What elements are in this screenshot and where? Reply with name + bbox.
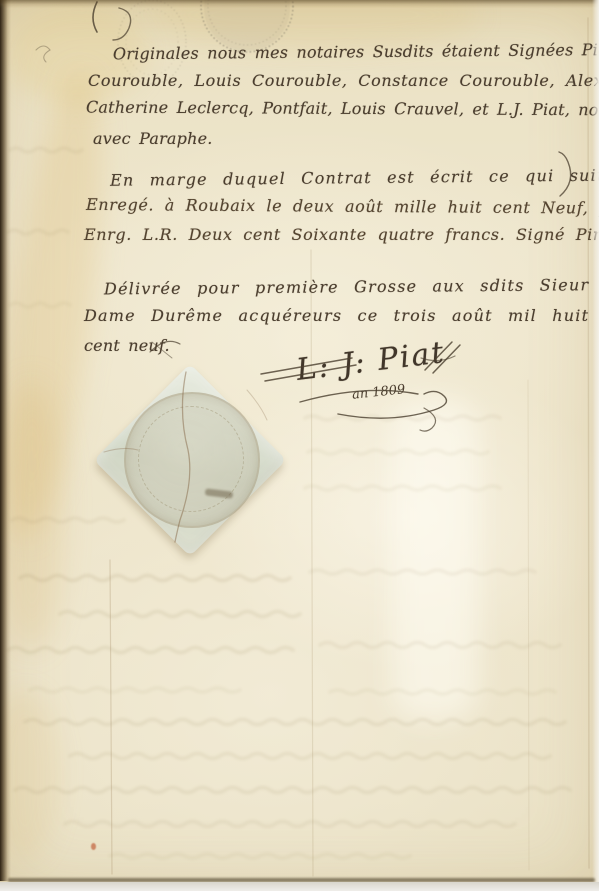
manuscript-line: avec Paraphe. <box>93 131 213 147</box>
document-scan: Originales nous mes notaires Susdits éta… <box>0 0 599 891</box>
scan-bottom-strip <box>0 882 599 891</box>
manuscript-line: cent neuf. <box>84 338 170 354</box>
manuscript-line: Dame Durême acquéreurs ce trois août mil… <box>84 308 599 324</box>
red-ink-speck <box>91 843 96 850</box>
manuscript-line: Originales nous mes notaires Susdits éta… <box>113 42 599 63</box>
manuscript-line: Enrg. L.R. Deux cent Soixante quatre fra… <box>84 227 599 243</box>
scan-edge-right <box>592 0 599 882</box>
manuscript-line: Catherine Leclercq, Pontfait, Louis Crau… <box>86 100 599 119</box>
scan-edge-top <box>0 0 599 8</box>
manuscript-line: Délivrée pour première Grosse aux sdits … <box>104 277 599 298</box>
manuscript-line: Courouble, Louis Courouble, Constance Co… <box>88 73 599 89</box>
scan-edge-left <box>0 0 11 881</box>
manuscript-line: Enregé. à Roubaix le deux août mille hui… <box>86 197 599 217</box>
parchment-page <box>0 0 599 891</box>
